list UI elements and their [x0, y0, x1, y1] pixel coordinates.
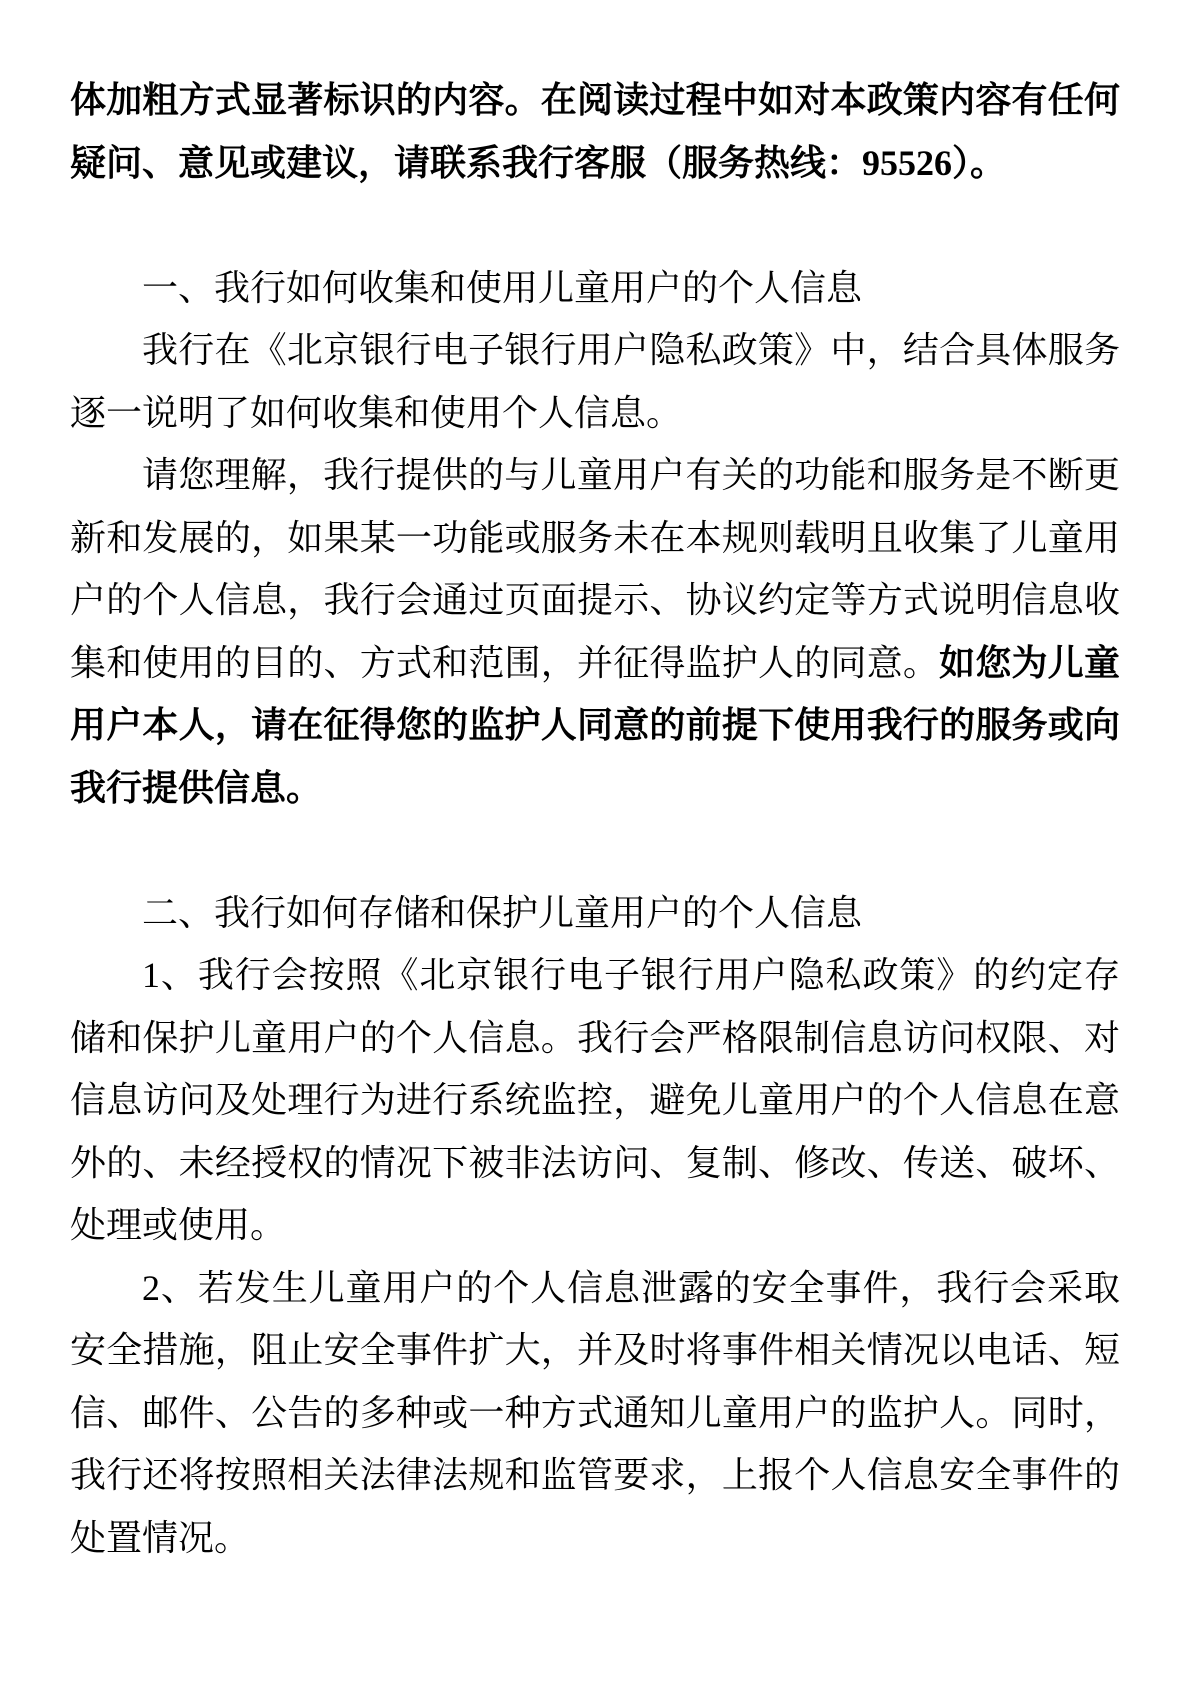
heading-text: 一、我行如何收集和使用儿童用户的个人信息 [142, 268, 862, 308]
blank-line [70, 194, 1120, 257]
document-page: 体加粗方式显著标识的内容。在阅读过程中如对本政策内容有任何疑问、意见或建议，请联… [0, 0, 1191, 1684]
text-run-bold: 体加粗方式显著标识的内容。在阅读过程中如对本政策内容有任何疑问、意见或建议，请联… [70, 80, 1120, 183]
section-1-heading: 一、我行如何收集和使用儿童用户的个人信息 [70, 257, 1120, 320]
section-2-heading: 二、我行如何存储和保护儿童用户的个人信息 [70, 882, 1120, 945]
text-run: 我行在《北京银行电子银行用户隐私政策》中，结合具体服务逐一说明了如何收集和使用个… [70, 330, 1120, 433]
paragraph-collect-use: 我行在《北京银行电子银行用户隐私政策》中，结合具体服务逐一说明了如何收集和使用个… [70, 319, 1120, 444]
text-run: 1、我行会按照《北京银行电子银行用户隐私政策》的约定存储和保护儿童用户的个人信息… [70, 955, 1120, 1245]
paragraph-understand-guardian-consent: 请您理解，我行提供的与儿童用户有关的功能和服务是不断更新和发展的，如果某一功能或… [70, 444, 1120, 819]
paragraph-security-incident: 2、若发生儿童用户的个人信息泄露的安全事件，我行会采取安全措施，阻止安全事件扩大… [70, 1257, 1120, 1570]
paragraph-policy-contact: 体加粗方式显著标识的内容。在阅读过程中如对本政策内容有任何疑问、意见或建议，请联… [70, 69, 1120, 194]
text-run: 2、若发生儿童用户的个人信息泄露的安全事件，我行会采取安全措施，阻止安全事件扩大… [70, 1268, 1120, 1558]
blank-line [70, 819, 1120, 882]
heading-text: 二、我行如何存储和保护儿童用户的个人信息 [142, 893, 862, 933]
paragraph-storage-protection: 1、我行会按照《北京银行电子银行用户隐私政策》的约定存储和保护儿童用户的个人信息… [70, 944, 1120, 1257]
